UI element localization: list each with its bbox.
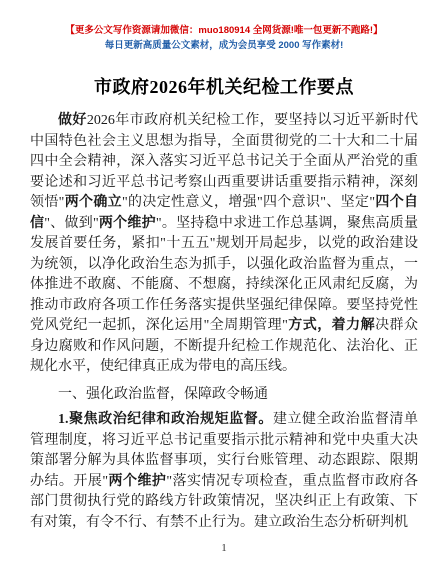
document-body: 做好2026年市政府机关纪检工作，要坚持以习近平新时代中国特色社会主义思想为指导… bbox=[0, 111, 448, 533]
paragraph: 1.聚焦政治纪律和政治规矩监督。建立健全政治监督清单管理制度，将习近平总书记重要… bbox=[30, 410, 418, 533]
promo-banner: 【更多公文写作资源请加微信：muo180914 全网货源!唯一包更新不跑路!】 … bbox=[0, 0, 448, 53]
text-run: 1.聚焦政治纪律和政治规矩监督。 bbox=[58, 412, 273, 427]
text-run: 两个确立 bbox=[64, 195, 122, 210]
text-run: "的决定性意义，增强"四个意识"、坚定" bbox=[122, 195, 375, 210]
text-run: 一、强化政治监督，保障政令畅通 bbox=[58, 387, 268, 402]
section-heading: 一、强化政治监督，保障政令畅通 bbox=[30, 385, 418, 406]
promo-line-blue: 每日更新高质量公文素材，成为会员享受 2000 写作素材! bbox=[0, 38, 448, 53]
document-page: { "banner": { "line1": "【更多公文写作资源请加微信：mu… bbox=[0, 0, 448, 580]
text-run: "。坚持稳中求进工作总基调，聚焦高质量发展首要任务，紧扣"十五五"规划开局起步，… bbox=[30, 216, 418, 334]
page-number: 1 bbox=[0, 542, 448, 554]
document-title: 市政府2026年机关纪检工作要点 bbox=[28, 73, 420, 99]
text-run: 方式，着力解 bbox=[288, 318, 375, 333]
text-run: 做好 bbox=[58, 113, 87, 128]
promo-line-red: 【更多公文写作资源请加微信：muo180914 全网货源!唯一包更新不跑路!】 bbox=[0, 23, 448, 38]
text-run: 两个维护 bbox=[108, 474, 166, 489]
text-run: "、做到" bbox=[44, 216, 98, 231]
text-run: 两个维护 bbox=[99, 216, 156, 231]
paragraph: 做好2026年市政府机关纪检工作，要坚持以习近平新时代中国特色社会主义思想为指导… bbox=[30, 111, 418, 378]
